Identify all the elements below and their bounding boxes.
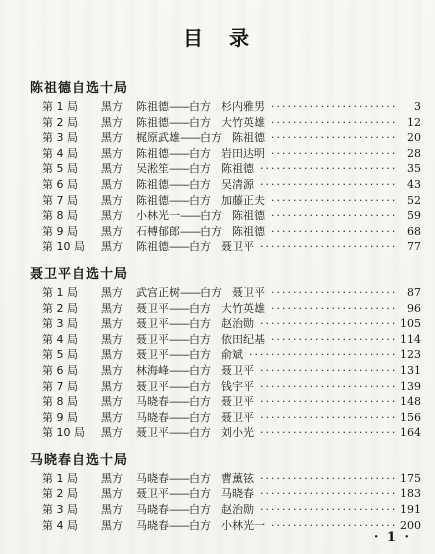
black-side-label: 黑方: [101, 379, 123, 395]
black-side-label: 黑方: [101, 502, 123, 518]
dot-leader: [271, 301, 396, 317]
black-player: 聂卫平: [136, 486, 169, 502]
toc-entry: 第 8 局黑方马晓春——白方聂卫平148: [30, 394, 421, 410]
white-side-label: 白方: [200, 224, 222, 240]
black-side-label: 黑方: [101, 347, 123, 363]
dot-leader: [271, 224, 396, 240]
dot-leader: [260, 410, 396, 426]
black-player: 聂卫平: [136, 301, 169, 317]
page-number: 191: [399, 502, 421, 518]
dot-leader: [260, 161, 396, 177]
white-side-label: 白方: [189, 363, 211, 379]
players-separator: ——: [169, 115, 189, 131]
black-player: 聂卫平: [136, 347, 169, 363]
white-side-label: 白方: [200, 208, 222, 224]
white-side-label: 白方: [189, 332, 211, 348]
white-side-label: 白方: [189, 394, 211, 410]
toc-entry: 第 9 局黑方石榑郁郎——白方陈祖德68: [30, 224, 421, 240]
page-number-footer: · 1 ·: [374, 530, 411, 545]
page-number: 28: [399, 146, 421, 162]
page-number: 35: [399, 161, 421, 177]
white-player: 大竹英雄: [221, 115, 265, 131]
dot-leader: [260, 239, 396, 255]
game-number: 第 2 局: [42, 115, 88, 131]
black-player: 石榑郁郎: [136, 224, 180, 240]
black-side-label: 黑方: [101, 425, 123, 441]
game-number: 第 7 局: [42, 193, 88, 209]
dot-leader: [260, 363, 396, 379]
white-player: 聂卫平: [221, 394, 254, 410]
game-number: 第 4 局: [42, 146, 88, 162]
players-separator: ——: [169, 177, 189, 193]
game-number: 第 7 局: [42, 379, 88, 395]
dot-leader: [260, 177, 396, 193]
black-side-label: 黑方: [101, 208, 123, 224]
toc-sections: 陈祖德自选十局第 1 局黑方陈祖德——白方杉内雅男3第 2 局黑方陈祖德——白方…: [30, 77, 421, 533]
page-number: 3: [399, 99, 421, 115]
black-side-label: 黑方: [101, 471, 123, 487]
white-side-label: 白方: [189, 410, 211, 426]
players-separator: ——: [169, 425, 189, 441]
black-side-label: 黑方: [101, 239, 123, 255]
page-number: 114: [399, 332, 421, 348]
toc-entry: 第 3 局黑方梶原武雄——白方陈祖德20: [30, 130, 421, 146]
black-player: 陈祖德: [136, 177, 169, 193]
toc-entry: 第 1 局黑方陈祖德——白方杉内雅男3: [30, 99, 421, 115]
toc-entry: 第 5 局黑方聂卫平——白方俞斌123: [30, 347, 421, 363]
toc-page: 目 录 陈祖德自选十局第 1 局黑方陈祖德——白方杉内雅男3第 2 局黑方陈祖德…: [0, 0, 435, 554]
page-number: 156: [399, 410, 421, 426]
black-player: 马晓春: [136, 518, 169, 534]
game-number: 第 3 局: [42, 130, 88, 146]
page-title: 目 录: [30, 22, 405, 51]
black-player: 马晓春: [136, 394, 169, 410]
black-player: 陈祖德: [136, 239, 169, 255]
page-number: 139: [399, 379, 421, 395]
white-side-label: 白方: [189, 146, 211, 162]
white-side-label: 白方: [200, 285, 222, 301]
toc-entry: 第 1 局黑方武宫正树——白方聂卫平87: [30, 285, 421, 301]
black-player: 小林光一: [136, 208, 180, 224]
game-number: 第 6 局: [42, 177, 88, 193]
black-player: 马晓春: [136, 502, 169, 518]
black-side-label: 黑方: [101, 285, 123, 301]
black-player: 聂卫平: [136, 332, 169, 348]
white-player: 聂卫平: [221, 363, 254, 379]
page-number: 131: [399, 363, 421, 379]
dot-leader: [260, 486, 396, 502]
toc-entry: 第 4 局黑方陈祖德——白方岩田达明28: [30, 146, 421, 162]
white-side-label: 白方: [189, 425, 211, 441]
players-separator: ——: [169, 332, 189, 348]
page-number: 20: [399, 130, 421, 146]
white-player: 钱宇平: [221, 379, 254, 395]
white-player: 曹薰铉: [221, 471, 254, 487]
black-side-label: 黑方: [101, 316, 123, 332]
dot-leader: [271, 208, 396, 224]
page-number: 43: [399, 177, 421, 193]
dot-leader: [271, 285, 396, 301]
black-side-label: 黑方: [101, 363, 123, 379]
white-side-label: 白方: [189, 518, 211, 534]
white-side-label: 白方: [189, 301, 211, 317]
black-player: 聂卫平: [136, 316, 169, 332]
black-side-label: 黑方: [101, 410, 123, 426]
players-separator: ——: [169, 471, 189, 487]
dot-leader: [260, 425, 396, 441]
players-separator: ——: [169, 146, 189, 162]
game-number: 第 9 局: [42, 410, 88, 426]
white-player: 聂卫平: [232, 285, 265, 301]
game-number: 第 5 局: [42, 347, 88, 363]
toc-entry: 第 4 局黑方聂卫平——白方依田纪基114: [30, 332, 421, 348]
players-separator: ——: [169, 363, 189, 379]
toc-entry: 第 10 局黑方陈祖德——白方聂卫平77: [30, 239, 421, 255]
black-side-label: 黑方: [101, 224, 123, 240]
white-side-label: 白方: [200, 130, 222, 146]
dot-leader: [271, 193, 396, 209]
white-player: 陈祖德: [232, 208, 265, 224]
players-separator: ——: [180, 208, 200, 224]
players-separator: ——: [169, 394, 189, 410]
black-player: 聂卫平: [136, 425, 169, 441]
white-side-label: 白方: [189, 502, 211, 518]
white-side-label: 白方: [189, 316, 211, 332]
toc-entry: 第 2 局黑方陈祖德——白方大竹英雄12: [30, 115, 421, 131]
toc-entry: 第 7 局黑方陈祖德——白方加藤正夫52: [30, 193, 421, 209]
toc-section: 陈祖德自选十局第 1 局黑方陈祖德——白方杉内雅男3第 2 局黑方陈祖德——白方…: [30, 77, 421, 255]
section-title: 聂卫平自选十局: [30, 263, 421, 282]
toc-entry: 第 3 局黑方聂卫平——白方赵治勋105: [30, 316, 421, 332]
page-number: 77: [399, 239, 421, 255]
black-player: 林海峰: [136, 363, 169, 379]
game-number: 第 8 局: [42, 208, 88, 224]
black-player: 陈祖德: [136, 115, 169, 131]
game-number: 第 1 局: [42, 285, 88, 301]
players-separator: ——: [169, 502, 189, 518]
game-number: 第 3 局: [42, 316, 88, 332]
black-side-label: 黑方: [101, 146, 123, 162]
game-number: 第 9 局: [42, 224, 88, 240]
black-side-label: 黑方: [101, 193, 123, 209]
game-number: 第 8 局: [42, 394, 88, 410]
dot-leader: [271, 99, 396, 115]
white-player: 杉内雅男: [221, 99, 265, 115]
black-side-label: 黑方: [101, 115, 123, 131]
black-side-label: 黑方: [101, 518, 123, 534]
white-player: 俞斌: [221, 347, 243, 363]
black-player: 马晓春: [136, 410, 169, 426]
game-number: 第 5 局: [42, 161, 88, 177]
toc-entry: 第 7 局黑方聂卫平——白方钱宇平139: [30, 379, 421, 395]
black-player: 陈祖德: [136, 193, 169, 209]
white-player: 吴清源: [221, 177, 254, 193]
white-side-label: 白方: [189, 471, 211, 487]
white-player: 岩田达明: [221, 146, 265, 162]
black-side-label: 黑方: [101, 130, 123, 146]
black-player: 马晓春: [136, 471, 169, 487]
players-separator: ——: [169, 301, 189, 317]
dot-leader: [260, 502, 396, 518]
page-number: 164: [399, 425, 421, 441]
players-separator: ——: [180, 285, 200, 301]
players-separator: ——: [169, 99, 189, 115]
white-side-label: 白方: [189, 379, 211, 395]
white-player: 马晓春: [221, 486, 254, 502]
page-number: 105: [399, 316, 421, 332]
white-player: 聂卫平: [221, 239, 254, 255]
black-side-label: 黑方: [101, 486, 123, 502]
toc-entry: 第 1 局黑方马晓春——白方曹薰铉175: [30, 471, 421, 487]
dot-leader: [260, 471, 396, 487]
page-number: 87: [399, 285, 421, 301]
page-number: 96: [399, 301, 421, 317]
players-separator: ——: [169, 239, 189, 255]
dot-leader: [260, 394, 396, 410]
game-number: 第 4 局: [42, 332, 88, 348]
white-player: 赵治勋: [221, 316, 254, 332]
white-player: 大竹英雄: [221, 301, 265, 317]
black-side-label: 黑方: [101, 99, 123, 115]
players-separator: ——: [169, 193, 189, 209]
game-number: 第 1 局: [42, 99, 88, 115]
white-player: 刘小光: [221, 425, 254, 441]
players-separator: ——: [180, 224, 200, 240]
white-player: 加藤正夫: [221, 193, 265, 209]
white-side-label: 白方: [189, 193, 211, 209]
white-side-label: 白方: [189, 161, 211, 177]
game-number: 第 1 局: [42, 471, 88, 487]
white-side-label: 白方: [189, 115, 211, 131]
white-side-label: 白方: [189, 347, 211, 363]
game-number: 第 3 局: [42, 502, 88, 518]
white-player: 依田纪基: [221, 332, 265, 348]
game-number: 第 2 局: [42, 301, 88, 317]
game-number: 第 4 局: [42, 518, 88, 534]
toc-entry: 第 2 局黑方聂卫平——白方大竹英雄96: [30, 301, 421, 317]
white-side-label: 白方: [189, 177, 211, 193]
players-separator: ——: [169, 347, 189, 363]
dot-leader: [271, 332, 396, 348]
white-side-label: 白方: [189, 239, 211, 255]
white-player: 陈祖德: [232, 224, 265, 240]
section-title: 陈祖德自选十局: [30, 77, 421, 96]
toc-entry: 第 5 局黑方吴淞笙——白方陈祖德35: [30, 161, 421, 177]
white-player: 陈祖德: [232, 130, 265, 146]
white-side-label: 白方: [189, 99, 211, 115]
dot-leader: [271, 115, 396, 131]
toc-entry: 第 9 局黑方马晓春——白方聂卫平156: [30, 410, 421, 426]
page-number: 183: [399, 486, 421, 502]
white-player: 聂卫平: [221, 410, 254, 426]
page-number: 175: [399, 471, 421, 487]
dot-leader: [260, 316, 396, 332]
black-side-label: 黑方: [101, 394, 123, 410]
page-number: 68: [399, 224, 421, 240]
black-side-label: 黑方: [101, 332, 123, 348]
black-player: 陈祖德: [136, 99, 169, 115]
black-player: 梶原武雄: [136, 130, 180, 146]
white-side-label: 白方: [189, 486, 211, 502]
toc-entry: 第 3 局黑方马晓春——白方赵治勋191: [30, 502, 421, 518]
toc-section: 马晓春自选十局第 1 局黑方马晓春——白方曹薰铉175第 2 局黑方聂卫平——白…: [30, 449, 421, 533]
white-player: 陈祖德: [221, 161, 254, 177]
black-side-label: 黑方: [101, 161, 123, 177]
black-player: 武宫正树: [136, 285, 180, 301]
toc-section: 聂卫平自选十局第 1 局黑方武宫正树——白方聂卫平87第 2 局黑方聂卫平——白…: [30, 263, 421, 441]
dot-leader: [271, 130, 396, 146]
black-player: 聂卫平: [136, 379, 169, 395]
players-separator: ——: [169, 410, 189, 426]
game-number: 第 6 局: [42, 363, 88, 379]
dot-leader: [249, 347, 396, 363]
black-player: 陈祖德: [136, 146, 169, 162]
game-number: 第 10 局: [42, 239, 88, 255]
section-title: 马晓春自选十局: [30, 449, 421, 468]
players-separator: ——: [169, 379, 189, 395]
players-separator: ——: [180, 130, 200, 146]
toc-entry: 第 8 局黑方小林光一——白方陈祖德59: [30, 208, 421, 224]
toc-entry: 第 6 局黑方林海峰——白方聂卫平131: [30, 363, 421, 379]
toc-entry: 第 6 局黑方陈祖德——白方吴清源43: [30, 177, 421, 193]
page-number: 59: [399, 208, 421, 224]
page-number: 148: [399, 394, 421, 410]
toc-entry: 第 2 局黑方聂卫平——白方马晓春183: [30, 486, 421, 502]
black-side-label: 黑方: [101, 301, 123, 317]
players-separator: ——: [169, 316, 189, 332]
black-side-label: 黑方: [101, 177, 123, 193]
players-separator: ——: [169, 486, 189, 502]
players-separator: ——: [169, 161, 189, 177]
toc-entry: 第 4 局黑方马晓春——白方小林光一200: [30, 518, 421, 534]
dot-leader: [271, 146, 396, 162]
page-number: 123: [399, 347, 421, 363]
game-number: 第 10 局: [42, 425, 88, 441]
page-number: 12: [399, 115, 421, 131]
toc-entry: 第 10 局黑方聂卫平——白方刘小光164: [30, 425, 421, 441]
white-player: 小林光一: [221, 518, 265, 534]
page-number: 52: [399, 193, 421, 209]
dot-leader: [260, 379, 396, 395]
black-player: 吴淞笙: [136, 161, 169, 177]
game-number: 第 2 局: [42, 486, 88, 502]
white-player: 赵治勋: [221, 502, 254, 518]
players-separator: ——: [169, 518, 189, 534]
